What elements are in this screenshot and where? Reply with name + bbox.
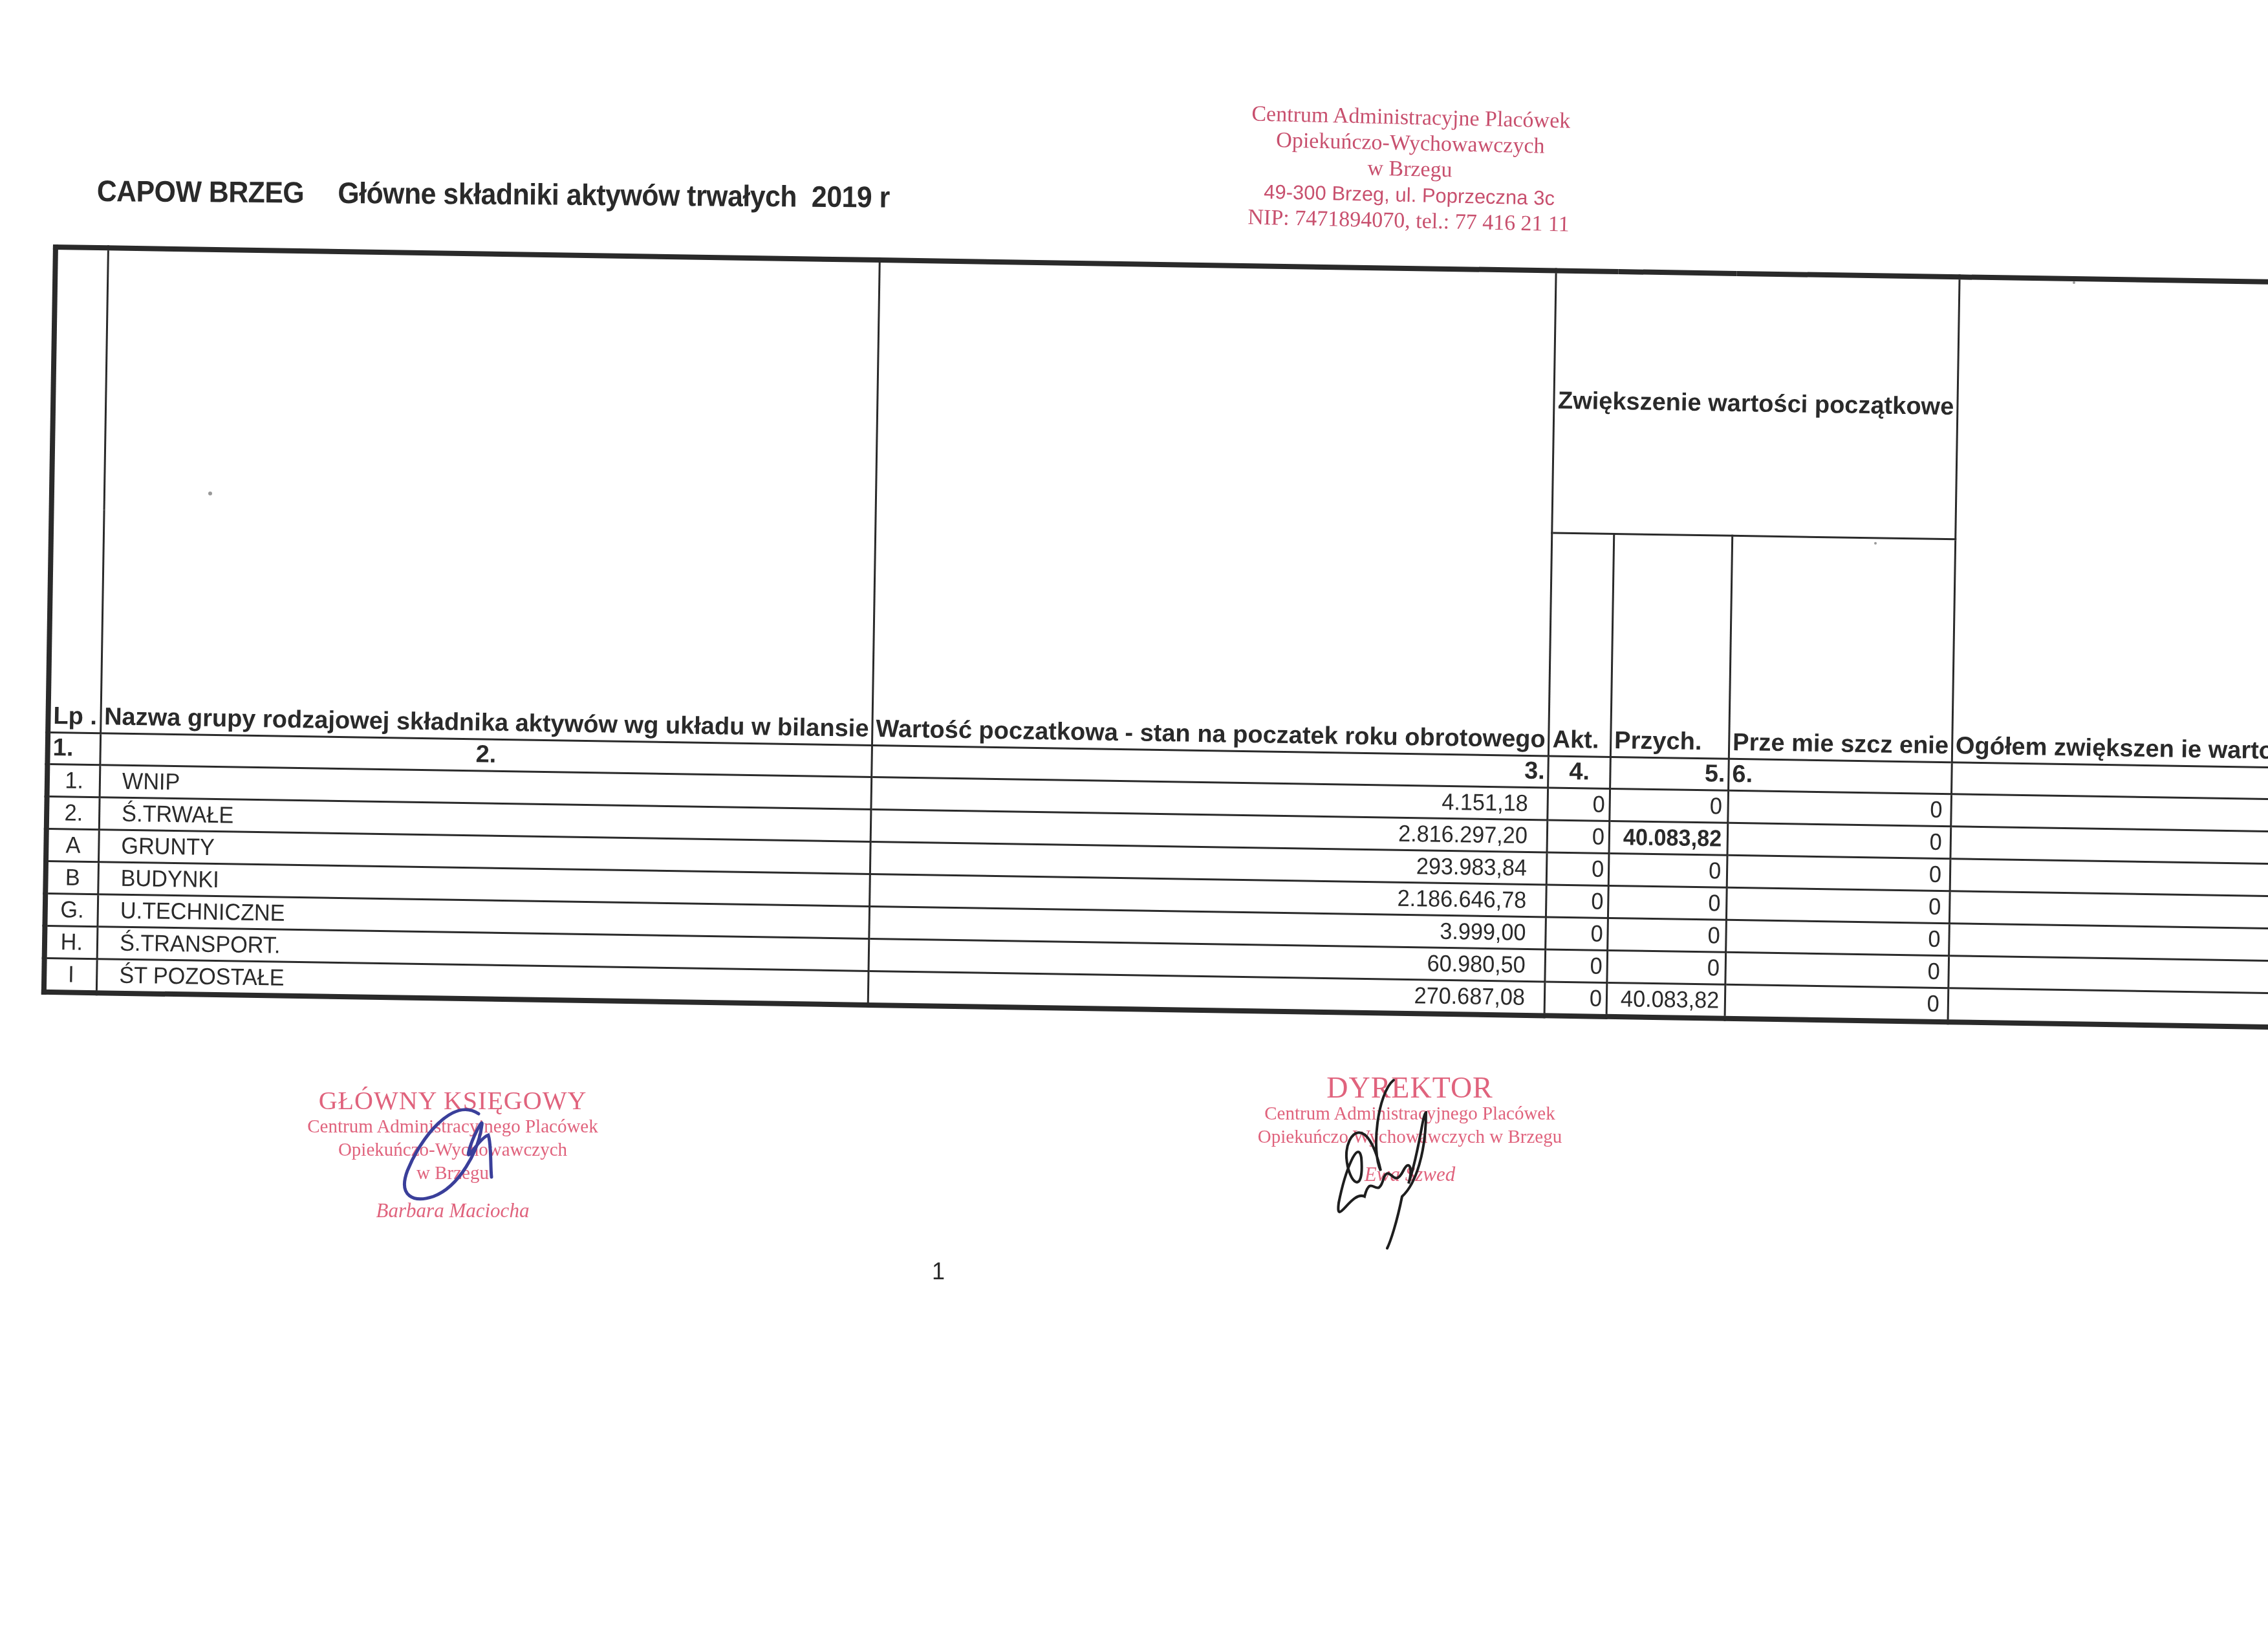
- table-body: 1.WNIP4.151,18000000004.151,182.Ś.TRWAŁE…: [44, 764, 2268, 1059]
- document-title: CAPOW BRZEGGłówne składniki aktywów trwa…: [97, 173, 890, 215]
- header-total-increase: Ogółem zwiększen ie wartości poczatko we…: [1952, 277, 2268, 772]
- cell-lp: H.: [46, 926, 96, 958]
- cell-value-c6: 0: [1733, 823, 1945, 858]
- cell-value-c6: 0: [1731, 920, 1943, 955]
- cell-value-c4: 0: [1550, 787, 1609, 820]
- cell-value-c5: 0: [1611, 885, 1724, 920]
- cell-value-c6: 0: [1731, 984, 1943, 1022]
- header-przych: Przych.: [1610, 534, 1732, 759]
- assets-table-wrapper: Lp . Nazwa grupy rodzajowej składnika ak…: [41, 244, 2268, 1062]
- page-number: 1: [932, 1258, 945, 1285]
- scan-speck: [2073, 281, 2075, 284]
- header-name: Nazwa grupy rodzajowej składnika aktywów…: [100, 248, 880, 745]
- cell-value-c4: 0: [1549, 819, 1608, 852]
- col-number: 1.: [47, 732, 100, 764]
- cell-value-c5: 40.083,82: [1610, 982, 1723, 1018]
- cell-value-c6: 0: [1731, 952, 1943, 988]
- institution-stamp: Centrum Administracyjne Placówek Opiekuń…: [1227, 101, 1592, 239]
- cell-value-c6: 0: [1733, 790, 1945, 826]
- cell-lp: 2.: [48, 796, 98, 829]
- cell-value-c7: 40.083,82: [1963, 988, 2268, 1032]
- cell-value-c5: 0: [1612, 788, 1725, 823]
- fixed-assets-table: Lp . Nazwa grupy rodzajowej składnika ak…: [41, 244, 2268, 1062]
- cell-lp: 1.: [49, 764, 99, 797]
- cell-value-c4: 0: [1547, 949, 1606, 982]
- cell-value-c5: 0: [1612, 853, 1725, 887]
- col-number: 5.: [1610, 757, 1729, 790]
- cell-value-c4: 0: [1547, 916, 1606, 949]
- header-akt: Akt.: [1549, 532, 1614, 756]
- col-number: 4.: [1548, 755, 1610, 788]
- header-przemieszczenie: Prze mie szcz enie: [1729, 536, 1955, 762]
- document-page: CAPOW BRZEGGłówne składniki aktywów trwa…: [0, 0, 2268, 1635]
- cell-value-c4: 0: [1546, 981, 1606, 1016]
- cell-lp: G.: [46, 893, 96, 926]
- scan-speck: [1874, 542, 1877, 545]
- cell-value-c5: 0: [1610, 950, 1723, 984]
- cell-value-c4: 0: [1548, 884, 1607, 917]
- signature-chief-accountant-icon: [382, 1099, 511, 1216]
- cell-value-c5: 40.083,82: [1612, 821, 1725, 855]
- org-short-name: CAPOW BRZEG: [97, 174, 305, 210]
- scan-speck: [208, 492, 212, 495]
- col-number: 6.: [1729, 759, 1952, 794]
- header-increase-group: Zwiększenie wartości początkowe: [1552, 271, 1960, 539]
- cell-lp: A: [47, 828, 98, 861]
- signature-director-icon: [1332, 1074, 1449, 1255]
- header-start-value: Wartość poczatkowa - stan na poczatek ro…: [872, 260, 1557, 755]
- cell-value-c6: 0: [1732, 887, 1944, 923]
- cell-value-c4: 0: [1548, 852, 1608, 885]
- cell-lp: B: [47, 861, 97, 894]
- cell-value-c5: 0: [1610, 918, 1723, 952]
- cell-value-c6: 0: [1733, 855, 1945, 891]
- cell-lp: I: [45, 958, 96, 993]
- report-title: Główne składniki aktywów trwałych 2019 r: [338, 176, 890, 214]
- header-lp: Lp .: [48, 247, 108, 733]
